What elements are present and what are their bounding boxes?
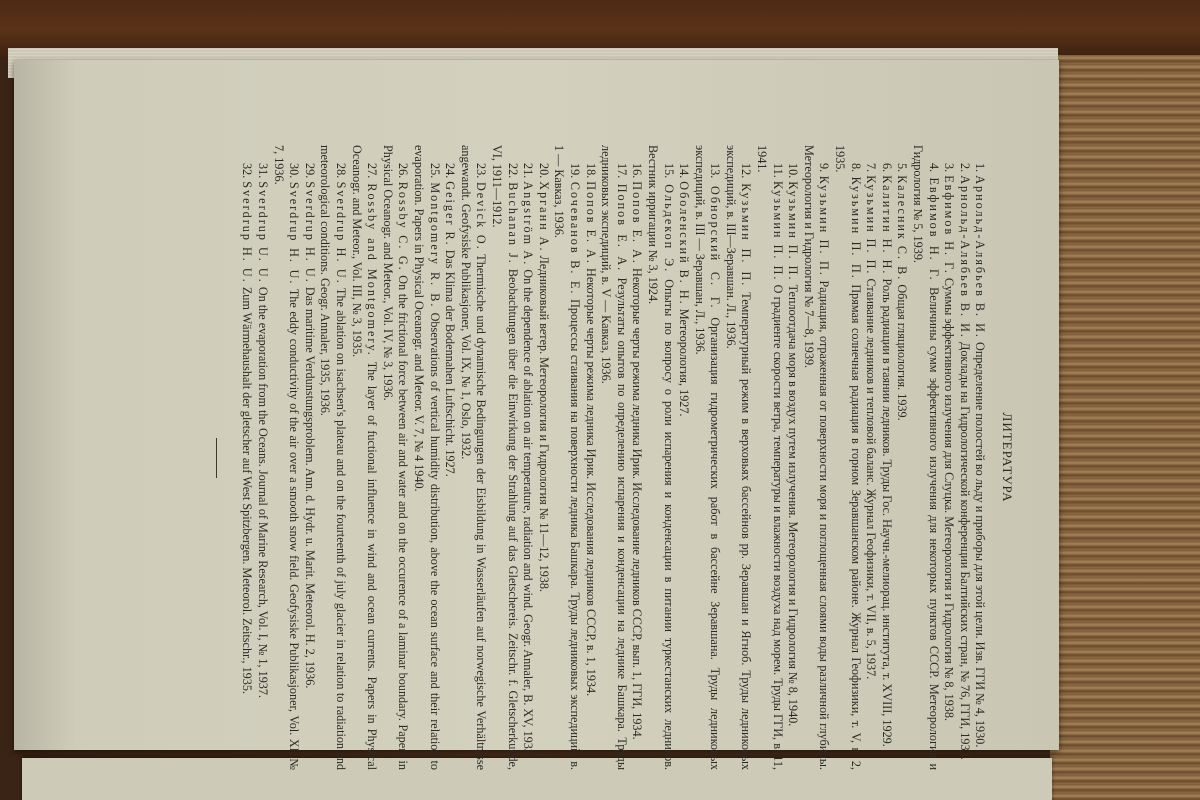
reference-text: Ледниковый ветер. Метеорология и Гидроло… (537, 256, 551, 592)
reference-author: Калитин Н. Н. (880, 175, 894, 275)
reference-number: 16. (630, 163, 644, 178)
reference-text: Метеорология, 1927. (677, 309, 691, 417)
reference-number: 29. (303, 163, 317, 178)
reference-number: 20. (537, 163, 551, 178)
reference-number: 9. (817, 163, 831, 172)
reference-item: 14. Оболенский В. Н. Метеорология, 1927. (676, 145, 692, 770)
reference-number: 25. (428, 163, 442, 178)
reference-item: 3. Евфимов Н. Г. Суммы эффективного излу… (941, 145, 957, 770)
reference-author: Кузьмин П. П. (849, 177, 863, 280)
reference-author: Geiger R. (443, 181, 457, 246)
reference-author: Rossby and Montgomery. (365, 183, 379, 357)
reference-item: 10. Кузьмин П. П. Теплоотдача моря в воз… (785, 145, 801, 770)
reference-item: 2. Арнольд-Алябьев В. И. Доклады на Гидр… (956, 145, 972, 770)
reference-number: 4. (927, 163, 941, 172)
reference-author: Арнольд-Алябьев В. И. (958, 175, 972, 339)
reference-text: Das Klima der Bodennahen Luftschicht. 19… (443, 250, 457, 477)
reference-number: 15. (662, 163, 676, 178)
reference-item: 15. Ольдекоп Э. Опыты по вопросу о роли … (644, 145, 675, 770)
reference-number: 17. (615, 163, 629, 178)
reference-text: On the evaporation from the Oceans. Jour… (256, 287, 270, 698)
reference-author: Кузьмин П. П. (740, 183, 754, 287)
reference-number: 11. (771, 163, 785, 178)
reference-item: 8. Кузьмин П. П. Прямая солнечная радиац… (831, 145, 862, 770)
reference-author: Angström A. (521, 181, 535, 266)
reference-number: 13. (708, 163, 722, 178)
bibliography: ЛИТЕРАТУРА 1. Арнольд-Алябьев В. И. Опре… (195, 145, 1015, 770)
reference-number: 19. (568, 163, 582, 178)
reference-text: Общая гляциология. 1939. (895, 284, 909, 420)
reference-author: Обнорский С. Г. (708, 186, 722, 310)
reference-number: 1. (973, 163, 987, 172)
reference-author: Сочеванов В. Е. (568, 182, 582, 296)
reference-item: 17. Попов Е. А. Результаты опытов по опр… (598, 145, 629, 770)
reference-author: Sverdrup H. U. (334, 182, 348, 285)
reference-number: 10. (786, 163, 800, 178)
reference-item: 27. Rossby and Montgomery. The layer of … (348, 145, 379, 770)
reference-author: Buchanan J. (506, 182, 520, 265)
reference-author: Devick O. (474, 182, 488, 251)
reference-number: 24. (443, 163, 457, 178)
page-title: ЛИТЕРАТУРА (999, 145, 1015, 770)
wooden-surface (1050, 55, 1200, 800)
reference-author: Sverdrup H. U. (287, 182, 301, 286)
reference-item: 23. Devick O. Thermische und dynamische … (457, 145, 488, 770)
reference-item: 24. Geiger R. Das Klima der Bodennahen L… (442, 145, 458, 770)
reference-item: 16. Попов Е. А. Некоторые черты режима л… (629, 145, 645, 770)
reference-text: Стаивание ледников и тепловой баланс. Жу… (864, 278, 878, 679)
reference-number: 7. (864, 163, 878, 172)
reference-text: Суммы эффективного излучения для Слуцка.… (942, 278, 956, 721)
reference-number: 5. (895, 163, 909, 172)
reference-item: 20. Хрганн А. Ледниковый ветер. Метеорол… (535, 145, 551, 770)
reference-number: 31. (256, 163, 270, 178)
reference-number: 23. (474, 163, 488, 178)
reference-author: Sverdrup H. U. (303, 181, 317, 283)
reference-text: Теплоотдача моря в воздух путем излучени… (786, 285, 800, 727)
reference-number: 22. (506, 163, 520, 178)
reference-text: Определение полостей во льду и приборы д… (973, 342, 987, 747)
reference-item: 30. Sverdrup H. U. The eddy conductivity… (270, 145, 301, 770)
reference-item: 4. Евфимов Н. Г. Величины сумм эффективн… (909, 145, 940, 770)
reference-number: 12. (740, 163, 754, 178)
reference-author: Кузьмин П. П. (864, 175, 878, 275)
reference-text: Некоторые черты режима ледника Ирик. Исс… (630, 268, 644, 740)
reference-author: Калесник С. В. (895, 175, 909, 281)
reference-item: 26. Rossby C. G. On the frictional force… (379, 145, 410, 770)
reference-text: Роль радиации в таянии ледников. Труды Г… (880, 278, 894, 746)
reference-item: 19. Сочеванов В. Е. Процессы стаивания н… (551, 145, 582, 770)
reference-item: 9. Кузьмин П. П. Радиация, отраженная от… (800, 145, 831, 770)
end-rule (216, 438, 217, 478)
reference-item: 28. Sverdrup H. U. The ablation on isach… (317, 145, 348, 770)
reference-text: Das maritime Verdunstungsproblem. Ann. d… (303, 287, 317, 689)
reference-number: 18. (584, 163, 598, 178)
reference-item: 25. Montgomery R. B. Observations of ver… (410, 145, 441, 770)
reference-author: Оболенский В. Н. (677, 181, 691, 305)
reference-number: 27. (365, 163, 379, 178)
reference-author: Rossby C. G. (396, 182, 410, 272)
reference-author: Хрганн А. (537, 181, 551, 252)
reference-author: Евфимов Н. Г. (927, 177, 941, 281)
reference-item: 31. Sverdrup U. U. On the evaporation fr… (255, 145, 271, 770)
reference-author: Sverdrup H. U. (241, 181, 255, 283)
reference-item: 22. Buchanan J. Beobachtungen über die E… (488, 145, 519, 770)
reference-number: 2. (958, 163, 972, 172)
reference-number: 14. (677, 163, 691, 178)
reference-author: Евфимов Н. Г. (942, 175, 956, 275)
reference-author: Попов Е. А. (584, 181, 598, 265)
reference-number: 21. (521, 163, 535, 178)
reference-item: 5. Калесник С. В. Общая гляциология. 193… (894, 145, 910, 770)
reference-item: 32. Sverdrup H. U. Zum Wärmehaushalt der… (239, 145, 255, 770)
reference-number: 32. (241, 163, 255, 178)
reference-author: Кузьмин П. П. (786, 181, 800, 281)
reference-item: 6. Калитин Н. Н. Роль радиации в таянии … (878, 145, 894, 770)
reference-author: Sverdrup U. U. (256, 181, 270, 283)
reference-author: Попов Е. А. (630, 181, 644, 265)
reference-author: Montgomery R. B. (428, 182, 442, 308)
reference-text: Некоторые черты режима ледника Ирик. Исс… (584, 268, 598, 696)
reference-number: 26. (396, 163, 410, 178)
reference-author: Кузьмин П. П. (817, 176, 831, 277)
reference-number: 8. (849, 163, 863, 172)
reference-number: 6. (880, 163, 894, 172)
reference-item: 18. Попов Е. А. Некоторые черты режима л… (582, 145, 598, 770)
reference-item: 21. Angström A. On the dependence of abl… (520, 145, 536, 770)
reference-list: 1. Арнольд-Алябьев В. И. Определение пол… (239, 145, 988, 770)
reference-item: 11. Кузьмин П. П. О градиенте скорости в… (754, 145, 785, 770)
reference-author: Попов Е. А. (615, 184, 629, 273)
reference-item: 29. Sverdrup H. U. Das maritime Verdunst… (301, 145, 317, 770)
reference-author: Ольдекоп Э. (662, 184, 676, 273)
reference-text: Zum Wärmehaushalt der gletscher auf West… (241, 287, 255, 694)
reference-number: 28. (334, 163, 348, 178)
reference-item: 12. Кузьмин П. П. Температурный режим в … (722, 145, 753, 770)
reference-number: 30. (287, 163, 301, 178)
reference-item: 7. Кузьмин П. П. Стаивание ледников и те… (863, 145, 879, 770)
reference-text: On the dependence of ablation on air tem… (521, 269, 535, 758)
reference-item: 1. Арнольд-Алябьев В. И. Определение пол… (972, 145, 988, 770)
reference-author: Арнольд-Алябьев В. И. (973, 175, 987, 339)
reference-author: Кузьмин П. П. (771, 181, 785, 282)
reference-item: 13. Обнорский С. Г. Организация гидромет… (691, 145, 722, 770)
reference-number: 3. (942, 163, 956, 172)
reference-text: Доклады на Гидрологической конференции Б… (958, 342, 972, 760)
